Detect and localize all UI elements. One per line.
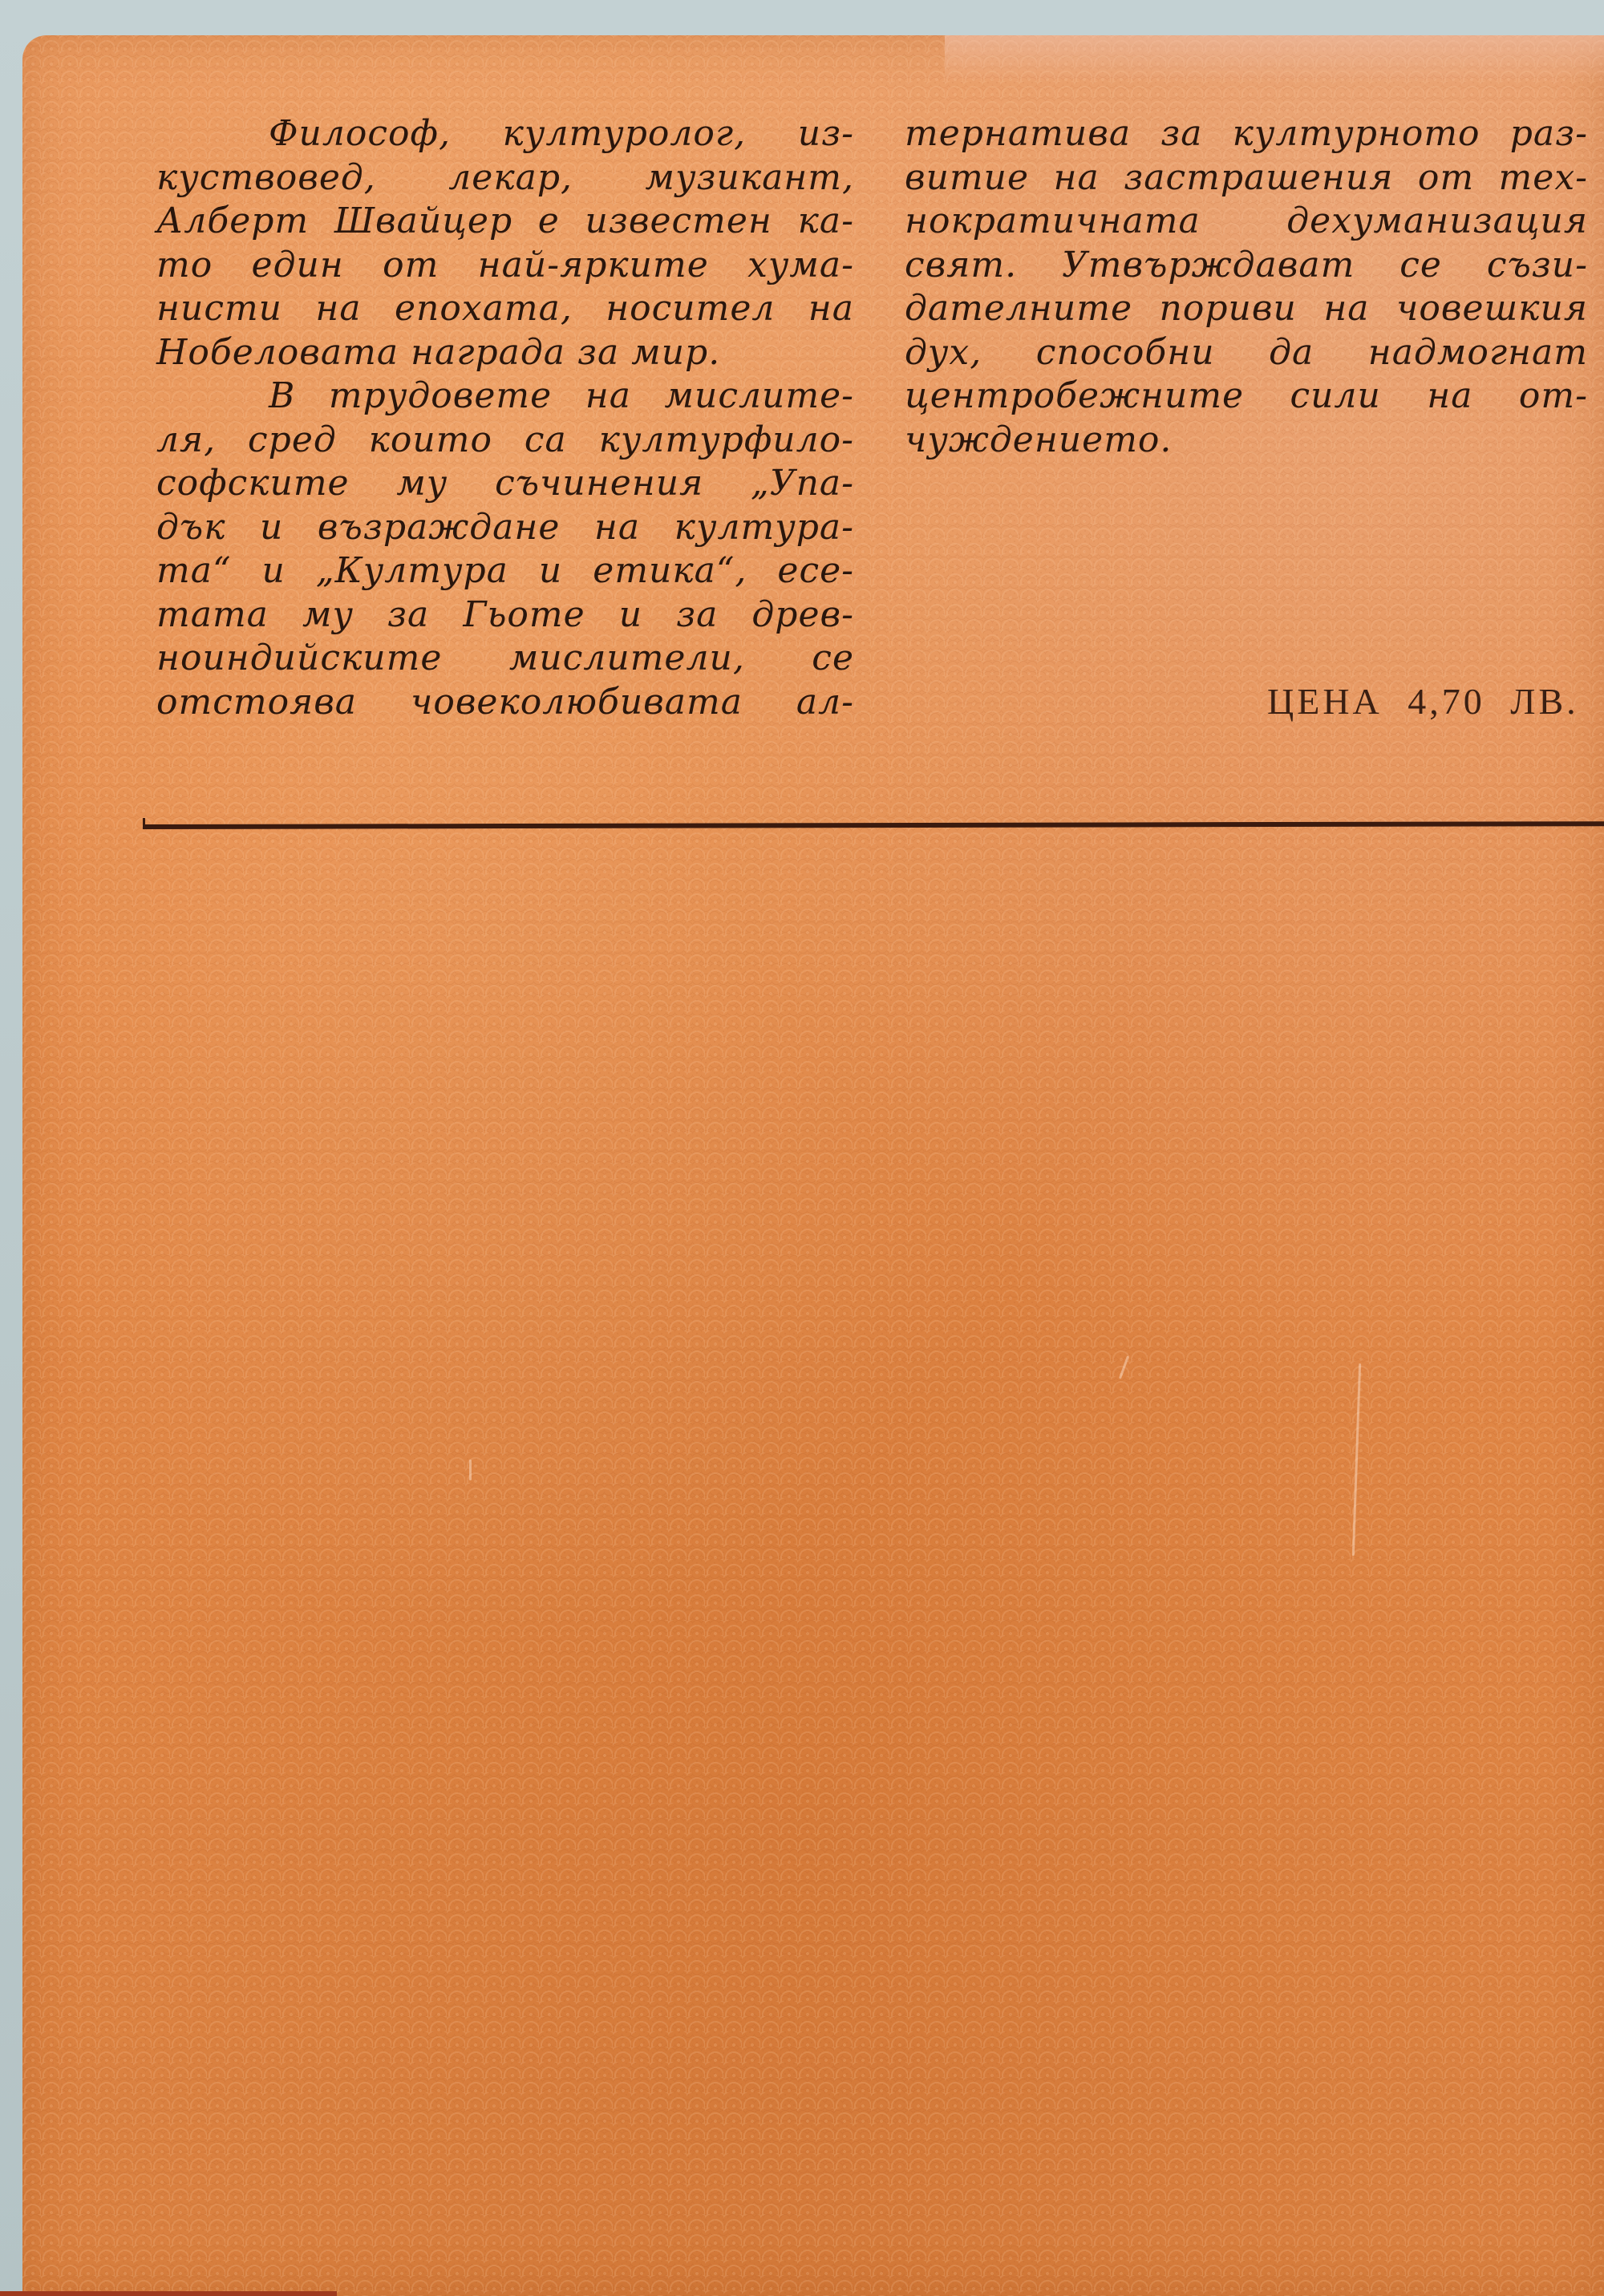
blurb-line: софските му съчинения „Упа- <box>156 462 854 506</box>
blurb-line: витие на застрашения от тех- <box>905 156 1588 200</box>
worn-top-edge <box>945 35 1604 83</box>
bottom-edge <box>0 2291 337 2296</box>
blurb-line: нисти на епохата, носител на <box>156 287 854 331</box>
blurb-line: свят. Утвърждават се съзи- <box>905 244 1588 288</box>
blurb-line: та“ и „Култура и етика“, есе- <box>156 549 854 593</box>
price-label: ЦЕНА 4,70 ЛВ. <box>1267 680 1579 723</box>
blurb-line: дух, способни да надмогнат <box>905 331 1588 375</box>
blurb-line: то един от най-ярките хума- <box>156 244 854 288</box>
blurb-line: дък и възраждане на култура- <box>156 506 854 550</box>
blurb-line: куствовед, лекар, музикант, <box>156 156 854 200</box>
blurb-line: дателните пориви на човешкия <box>905 287 1588 331</box>
blurb-line: Нобеловата награда за мир. <box>156 331 854 375</box>
blurb-line: ноиндийските мислители, се <box>156 637 854 681</box>
blurb-line: тернатива за културното раз- <box>905 112 1588 156</box>
blurb-line: В трудовете на мислите- <box>156 375 854 419</box>
blurb-line: отстоява човеколюбивата ал- <box>156 681 854 725</box>
blurb-line: Философ, културолог, из- <box>156 112 854 156</box>
blurb-line: чуждението. <box>905 419 1588 463</box>
blurb-line: Алберт Швайцер е известен ка- <box>156 200 854 244</box>
blurb-column-left: Философ, културолог, из- куствовед, лека… <box>156 112 854 724</box>
blurb-line: центробежните сили на от- <box>905 375 1588 419</box>
blurb-line: ля, сред които са културфило- <box>156 419 854 463</box>
blurb-column-right: тернатива за културното раз- витие на за… <box>905 112 1588 462</box>
cover-scratch <box>469 1460 472 1480</box>
blurb-line: нократичната дехуманизация <box>905 200 1588 244</box>
blurb-line: тата му за Гьоте и за древ- <box>156 593 854 638</box>
